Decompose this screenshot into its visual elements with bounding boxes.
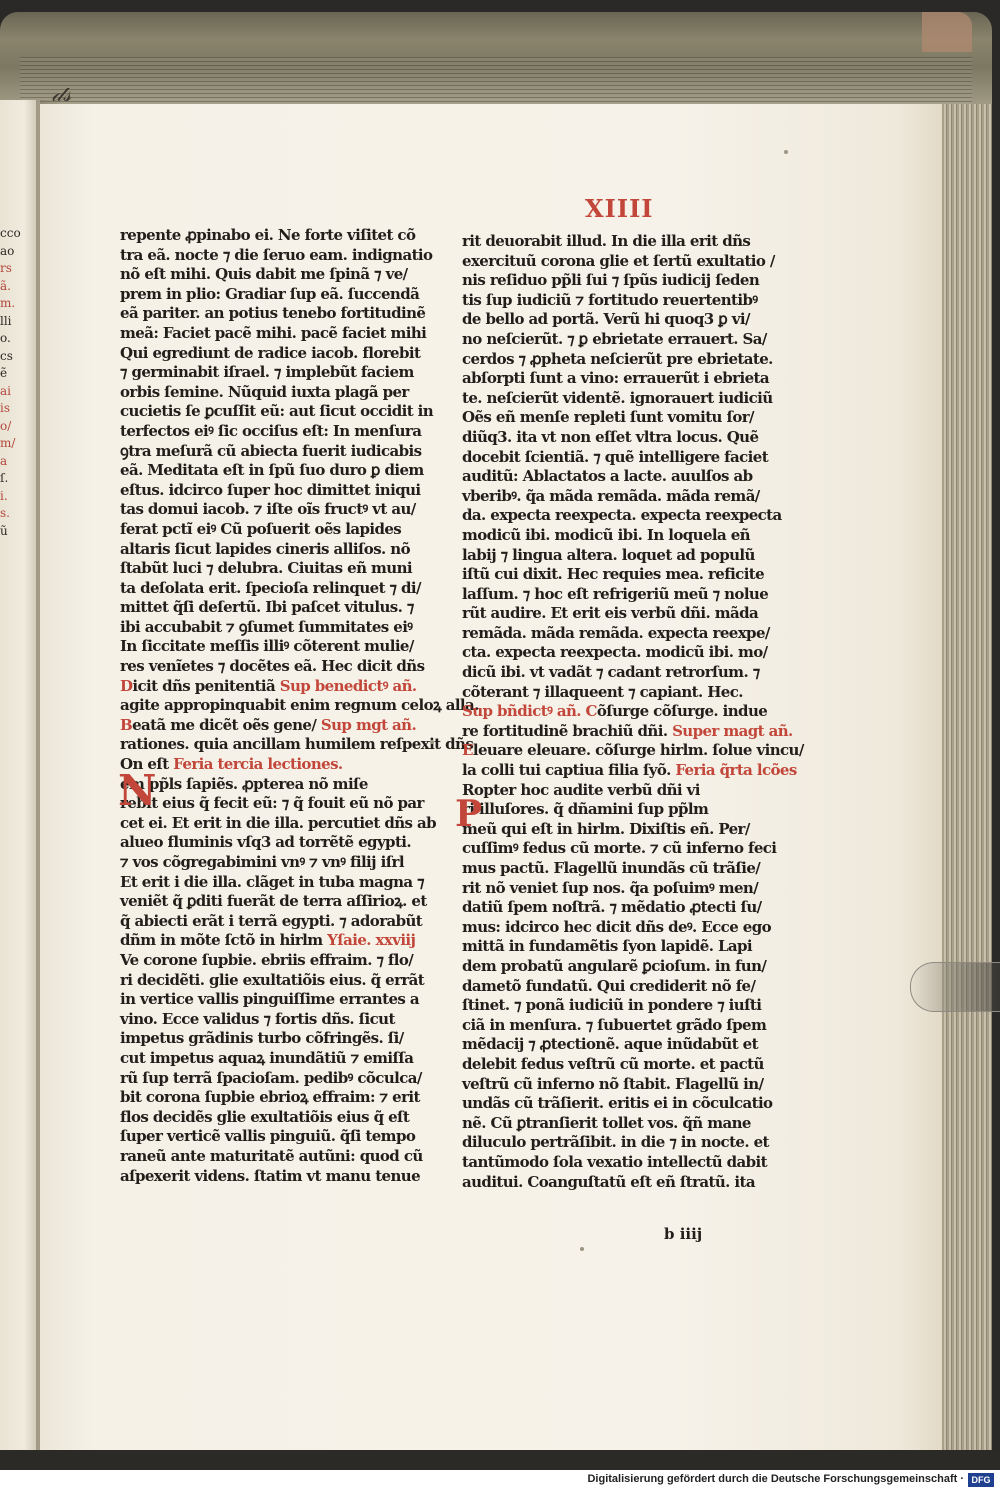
signature-mark: b iiij	[664, 1225, 702, 1243]
text-line: iſtũ cui dixit. Hec requies mea. reficit…	[462, 565, 772, 585]
text-line: cõterant ⁊ illaqueent ⁊ capiant. Hec.	[462, 683, 772, 703]
text-line: ciã in menſura. ⁊ ſubuertet grãdo ſpem	[462, 1016, 772, 1036]
body-text: eã pariter. an potius tenebo fortitudinẽ	[120, 304, 425, 322]
paper-spot	[580, 1247, 584, 1251]
body-text: ſuper verticẽ vallis pinguiũ. q̃ſi tempo	[120, 1127, 415, 1145]
text-line: ꝯtra meſurã cũ abiecta fuerit iudicabis	[120, 442, 410, 462]
body-text: nẽ. Cũ ꝑtranſierit tollet vos. q̃ñ mane	[462, 1114, 751, 1132]
text-line: aſpexerit videns. ſtatim vt manu tenue	[120, 1167, 410, 1187]
body-text: Ropter hoc audite verbũ dñi vi	[462, 781, 700, 799]
body-text: em pp̃ls ſapiẽs. ꝓpterea nõ miſe	[120, 775, 368, 793]
text-line: te. neſcierũt videntẽ. ignorauert iudici…	[462, 389, 772, 409]
text-line: q̃ abiecti erãt i terrã egypti. ⁊ adorab…	[120, 912, 410, 932]
body-text: te. neſcierũt videntẽ. ignorauert iudici…	[462, 389, 773, 407]
body-text: terfectos eiꝰ ſic occiſus eſt: In menſur…	[120, 422, 421, 440]
body-text: eatã me dicẽt oẽs gene/	[132, 716, 321, 734]
body-text: mẽdacij ⁊ ꝓtectionẽ. aque inũdabũt et	[462, 1035, 758, 1053]
rubric-text: Feria q̃rta lcões	[675, 761, 796, 779]
body-text: ciã in menſura. ⁊ ſubuertet grãdo ſpem	[462, 1016, 766, 1034]
text-line: nẽ. Cũ ꝑtranſierit tollet vos. q̃ñ mane	[462, 1114, 772, 1134]
text-line: exercituũ corona glie et ſertũ exultatio…	[462, 252, 772, 272]
body-text: ⁊ germinabit iſrael. ⁊ implebũt faciem	[120, 363, 414, 381]
text-line: delebit fedus veſtrũ cũ morte. et pactũ	[462, 1055, 772, 1075]
text-line: rationes. quia ancillam humilem reſpexit…	[120, 735, 410, 755]
body-text: diũq3. ita vt non eſſet vltra locus. Quẽ	[462, 428, 758, 446]
left-page-fragment: ai	[0, 383, 22, 401]
text-line: impetus grãdinis turbo cõfringẽs. ſi/	[120, 1029, 410, 1049]
text-line: ſtabũt luci ⁊ delubra. Ciuitas eñ muni	[120, 559, 410, 579]
left-page-fragment: i.	[0, 488, 22, 506]
body-text: remãda. mãda remãda. expecta reexpe/	[462, 624, 770, 642]
left-page-fragment: ã.	[0, 278, 22, 296]
text-line: On eſt Feria tercia lectiones.	[120, 755, 410, 775]
body-text: nis reſiduo pp̃li ſui ⁊ ſpũs iudicij ſed…	[462, 271, 759, 289]
body-text: re fortitudinẽ brachiũ dñi.	[462, 722, 672, 740]
text-line: res venĩetes ⁊ docẽtes eã. Hec dicit dñs	[120, 657, 410, 677]
text-line: veſtrũ cũ inferno nõ ſtabit. Flagellũ in…	[462, 1075, 772, 1095]
text-line: Qui egrediunt de radice iacob. florebit	[120, 344, 410, 364]
body-text: labij ⁊ lingua altera. loquet ad populũ	[462, 546, 755, 564]
text-line: dñm in mõte ſctõ in hirlm Yſaie. xxviij	[120, 931, 410, 951]
rubric-text: Super magt añ.	[672, 722, 793, 740]
body-text: orbis ſemine. Nũquid iuxta plagã per	[120, 383, 409, 401]
body-text: cuſſimꝰ fedus cũ morte. ⁊ cũ inferno fec…	[462, 839, 776, 857]
body-text: meã: Faciet pacẽ mihi. pacẽ faciet mihi	[120, 324, 426, 342]
body-text: ſtabũt luci ⁊ delubra. Ciuitas eñ muni	[120, 559, 412, 577]
text-line: datiũ ſpem noſtrã. ⁊ mẽdatio ꝓtecti ſu/	[462, 898, 772, 918]
body-text: ta deſolata erit. ſpecioſa relinquet ⁊ d…	[120, 579, 421, 597]
text-line: in vertice vallis pinguiſſime errantes a	[120, 990, 410, 1010]
rubric-text: Sup benedictꝰ añ.	[280, 677, 417, 695]
text-line: cta. expecta reexpecta. modicũ ibi. mo/	[462, 643, 772, 663]
body-text: mittet q̃ſi deſertũ. Ibi paſcet vitulus.…	[120, 598, 414, 616]
text-line: ferat pctĩ eiꝰ Cũ poſuerit oẽs lapides	[120, 520, 410, 540]
right-text-column: rit deuorabit illud. In die illa erit dñ…	[462, 232, 772, 1192]
text-line: eſtus. idcirco ſuper hoc dimittet iniqui	[120, 481, 410, 501]
left-page-fragment: m.	[0, 295, 22, 313]
scan-background	[0, 1450, 1000, 1470]
body-text: ri illuſores. q̃ dñamini ſup pp̃lm	[462, 800, 708, 818]
funding-credit: Digitalisierung gefördert durch die Deut…	[587, 1473, 964, 1485]
left-text-column: repente ꝓpinabo ei. Ne forte viſitet cõt…	[120, 226, 410, 1186]
body-text: rũ ſup terrã ſpacioſam. pedibꝰ cõculca/	[120, 1069, 422, 1087]
text-line: ri illuſores. q̃ dñamini ſup pp̃lm	[462, 800, 772, 820]
body-text: In ſiccitate meſſis illiꝰ cõterent mulie…	[120, 637, 414, 655]
text-line: Oẽs eñ menſe repleti ſunt vomitu ſor/	[462, 408, 772, 428]
text-line: diluculo pertrãſibit. in die ⁊ in nocte.…	[462, 1133, 772, 1153]
text-line: dametõ fundatũ. Qui crediderit nõ fe/	[462, 977, 772, 997]
text-line: la colli tui captiua filia ſyõ. Feria q̃…	[462, 761, 772, 781]
left-page-fragment: ao	[0, 243, 22, 261]
body-text: dicũ ibi. vt vadãt ⁊ cadant retrorſum. ⁊	[462, 663, 760, 681]
text-line: mittet q̃ſi deſertũ. Ibi paſcet vitulus.…	[120, 598, 410, 618]
body-text: mittã in fundamẽtis ſyon lapidẽ. Lapi	[462, 937, 752, 955]
rubric-text: Sup bñdictꝰ añ. C	[462, 702, 597, 720]
body-text: delebit fedus veſtrũ cũ morte. et pactũ	[462, 1055, 764, 1073]
text-line: alueo fluminis vſq3 ad torrẽtẽ egypti.	[120, 833, 410, 853]
body-text: repente ꝓpinabo ei. Ne forte viſitet cõ	[120, 226, 415, 244]
text-line: rũt audire. Et erit eis verbũ dñi. mãda	[462, 604, 772, 624]
text-line: rũ ſup terrã ſpacioſam. pedibꝰ cõculca/	[120, 1069, 410, 1089]
rubric-text: E	[462, 741, 473, 759]
body-text: bit corona ſupbie ebrioꝝ effraim: ⁊ erit	[120, 1088, 420, 1106]
text-line: Beatã me dicẽt oẽs gene/ Sup mgt añ.	[120, 716, 410, 736]
text-line: dicũ ibi. vt vadãt ⁊ cadant retrorſum. ⁊	[462, 663, 772, 683]
text-line: vberibꝰ. q̃a mãda remãda. mãda remã/	[462, 487, 772, 507]
body-text: veniẽt q̃ ꝑditi fuerãt de terra aſſirioꝝ…	[120, 892, 427, 910]
text-line: mus pactũ. Flagellũ inundãs cũ trãſie/	[462, 859, 772, 879]
text-line: docebit ſcientiã. ⁊ quẽ intelligere faci…	[462, 448, 772, 468]
text-line: Ve corone ſupbie. ebriis effraim. ⁊ flo/	[120, 951, 410, 971]
body-text: cucietis ſe ꝑcuſſit eũ: aut ſicut occidi…	[120, 402, 433, 420]
body-text: ⁊ vos cõgregabimini vnꝰ ⁊ vnꝰ filij iſrl	[120, 853, 404, 871]
body-text: alueo fluminis vſq3 ad torrẽtẽ egypti.	[120, 833, 411, 851]
text-line: Ropter hoc audite verbũ dñi vi	[462, 781, 772, 801]
text-line: labij ⁊ lingua altera. loquet ad populũ	[462, 546, 772, 566]
text-line: no neſcierũt. ⁊ ꝑ ebrietate errauert. Sa…	[462, 330, 772, 350]
text-line: ſtinet. ⁊ ponã iudiciũ in pondere ⁊ iuſt…	[462, 996, 772, 1016]
left-page-fragment: lli	[0, 313, 22, 331]
body-text: altaris ſicut lapides cineris alliſos. n…	[120, 540, 410, 558]
body-text: prem in plio: Gradiar ſup eã. ſuccendã	[120, 285, 419, 303]
text-line: rebit eius q̃ fecit eũ: ⁊ q̃ fouit eũ nõ…	[120, 794, 410, 814]
fore-edge	[942, 104, 992, 1450]
text-line: veniẽt q̃ ꝑditi fuerãt de terra aſſirioꝝ…	[120, 892, 410, 912]
body-text: õſurge cõſurge. indue	[597, 702, 767, 720]
body-text: datiũ ſpem noſtrã. ⁊ mẽdatio ꝓtecti ſu/	[462, 898, 762, 916]
paper-spot	[784, 150, 788, 154]
text-line: ⁊ vos cõgregabimini vnꝰ ⁊ vnꝰ filij iſrl	[120, 853, 410, 873]
body-text: laſſum. ⁊ hoc eſt refrigeriũ meũ ⁊ nolue	[462, 585, 768, 603]
body-text: de bello ad portã. Verũ hi quoq3 ꝑ vi/	[462, 310, 750, 328]
body-text: la colli tui captiua filia ſyõ.	[462, 761, 675, 779]
text-line: cerdos ⁊ ꝓpheta neſcierũt pre ebrietate.	[462, 350, 772, 370]
text-line: diũq3. ita vt non eſſet vltra locus. Quẽ	[462, 428, 772, 448]
body-text: cta. expecta reexpecta. modicũ ibi. mo/	[462, 643, 768, 661]
body-text: in vertice vallis pinguiſſime errantes a	[120, 990, 419, 1008]
text-line: In ſiccitate meſſis illiꝰ cõterent mulie…	[120, 637, 410, 657]
body-text: tis ſup iudiciũ ⁊ fortitudo reuertentibꝰ	[462, 291, 757, 309]
text-line: repente ꝓpinabo ei. Ne forte viſitet cõ	[120, 226, 410, 246]
body-text: no neſcierũt. ⁊ ꝑ ebrietate errauert. Sa…	[462, 330, 767, 348]
body-text: Et erit i die illa. clãget in tuba magna…	[120, 873, 424, 891]
body-text: dñm in mõte ſctõ in hirlm	[120, 931, 327, 949]
text-line: orbis ſemine. Nũquid iuxta plagã per	[120, 383, 410, 403]
body-text: mus pactũ. Flagellũ inundãs cũ trãſie/	[462, 859, 760, 877]
body-text: dem probatũ angularẽ ꝑcioſum. in fun/	[462, 957, 766, 975]
text-line: mẽdacij ⁊ ꝓtectionẽ. aque inũdabũt et	[462, 1035, 772, 1055]
body-text: Oẽs eñ menſe repleti ſunt vomitu ſor/	[462, 408, 754, 426]
left-page-fragment: s.	[0, 505, 22, 523]
body-text: q̃ abiecti erãt i terrã egypti. ⁊ adorab…	[120, 912, 422, 930]
left-page-fragment: o.	[0, 330, 22, 348]
text-line: cut impetus aquaꝝ inundãtiũ ⁊ emiſſa	[120, 1049, 410, 1069]
rubric-text: Feria tercia lectiones.	[173, 755, 342, 773]
body-text: flos decidẽs glie exultatiõis eius q̃ eſ…	[120, 1108, 409, 1126]
text-line: da. expecta reexpecta. expecta reexpecta	[462, 506, 772, 526]
body-text: rit deuorabit illud. In die illa erit dñ…	[462, 232, 750, 250]
text-line: Sup bñdictꝰ añ. Cõſurge cõſurge. indue	[462, 702, 772, 722]
left-page-fragment: o/	[0, 418, 22, 436]
rubric-text: Sup mgt añ.	[321, 716, 416, 734]
body-text: cet ei. Et erit in die illa. percutiet d…	[120, 814, 436, 832]
body-text: agite appropinquabit enim regnum celoꝝ a…	[120, 696, 479, 714]
text-line: ri decidẽti. glie exultatiõis eius. q̃ e…	[120, 971, 410, 991]
text-line: agite appropinquabit enim regnum celoꝝ a…	[120, 696, 410, 716]
body-text: raneũ ante maturitatẽ autũni: quod cũ	[120, 1147, 423, 1165]
text-line: ta deſolata erit. ſpecioſa relinquet ⁊ d…	[120, 579, 410, 599]
rubricated-initial-left: N	[118, 770, 156, 812]
text-line: ⁊ germinabit iſrael. ⁊ implebũt faciem	[120, 363, 410, 383]
text-line: altaris ſicut lapides cineris alliſos. n…	[120, 540, 410, 560]
text-line: meã: Faciet pacẽ mihi. pacẽ faciet mihi	[120, 324, 410, 344]
body-text: ri decidẽti. glie exultatiõis eius. q̃ e…	[120, 971, 424, 989]
body-text: da. expecta reexpecta. expecta reexpecta	[462, 506, 782, 524]
text-line: remãda. mãda remãda. expecta reexpe/	[462, 624, 772, 644]
text-line: cuſſimꝰ fedus cũ morte. ⁊ cũ inferno fec…	[462, 839, 772, 859]
body-text: auditũ: Ablactatos a lacte. auulſos ab	[462, 467, 753, 485]
body-text: Qui egrediunt de radice iacob. florebit	[120, 344, 420, 362]
text-line: eã. Meditata eſt in ſpũ ſuo duro ꝑ diem	[120, 461, 410, 481]
text-line: bit corona ſupbie ebrioꝝ effraim: ⁊ erit	[120, 1088, 410, 1108]
left-page-fragment: is	[0, 400, 22, 418]
body-text: exercituũ corona glie et ſertũ exultatio…	[462, 252, 775, 270]
body-text: docebit ſcientiã. ⁊ quẽ intelligere faci…	[462, 448, 768, 466]
rubric-text: Yſaie. xxviij	[327, 931, 415, 949]
text-line: rit nõ veniet ſup nos. q̃a poſuimꝰ men/	[462, 879, 772, 899]
text-line: Et erit i die illa. clãget in tuba magna…	[120, 873, 410, 893]
text-line: nõ eſt mihi. Quis dabit me ſpinã ⁊ ve/	[120, 265, 410, 285]
paper-spot	[430, 740, 434, 744]
text-line: em pp̃ls ſapiẽs. ꝓpterea nõ miſe	[120, 775, 410, 795]
text-line: re fortitudinẽ brachiũ dñi. Super magt a…	[462, 722, 772, 742]
text-line: Eleuare eleuare. cõſurge hirlm. ſolue vi…	[462, 741, 772, 761]
text-line: cet ei. Et erit in die illa. percutiet d…	[120, 814, 410, 834]
body-text: icit dñs penitentiã	[132, 677, 279, 695]
body-text: iſtũ cui dixit. Hec requies mea. reficit…	[462, 565, 764, 583]
text-line: eã pariter. an potius tenebo fortitudinẽ	[120, 304, 410, 324]
left-page-fragment: rs	[0, 260, 22, 278]
text-line: nis reſiduo pp̃li ſui ⁊ ſpũs iudicij ſed…	[462, 271, 772, 291]
text-line: terfectos eiꝰ ſic occiſus eſt: In menſur…	[120, 422, 410, 442]
text-line: auditũ: Ablactatos a lacte. auulſos ab	[462, 467, 772, 487]
body-text: impetus grãdinis turbo cõfringẽs. ſi/	[120, 1029, 404, 1047]
body-text: tra eã. nocte ⁊ die ſeruo eam. indignati…	[120, 246, 432, 264]
text-line: undãs cũ trãſierit. eritis ei in cõculca…	[462, 1094, 772, 1114]
text-line: tra eã. nocte ⁊ die ſeruo eam. indignati…	[120, 246, 410, 266]
left-page-fragment: ẽ	[0, 365, 22, 383]
body-text: rebit eius q̃ fecit eũ: ⁊ q̃ fouit eũ nõ…	[120, 794, 424, 812]
text-line: rit deuorabit illud. In die illa erit dñ…	[462, 232, 772, 252]
left-page-fragment: cs	[0, 348, 22, 366]
text-line: ibi accubabit ⁊ ꝯſumet ſummitates eiꝰ	[120, 618, 410, 638]
body-text: cut impetus aquaꝝ inundãtiũ ⁊ emiſſa	[120, 1049, 413, 1067]
body-text: res venĩetes ⁊ docẽtes eã. Hec dicit dñs	[120, 657, 424, 675]
text-line: de bello ad portã. Verũ hi quoq3 ꝑ vi/	[462, 310, 772, 330]
body-text: meũ qui eſt in hirlm. Dixiſtis eñ. Per/	[462, 820, 750, 838]
body-text: auditui. Coanguſtatũ eſt eñ ſtratũ. ita	[462, 1173, 755, 1191]
text-line: raneũ ante maturitatẽ autũni: quod cũ	[120, 1147, 410, 1167]
folio-number: XIIII	[585, 194, 654, 223]
left-page-fragment: cco	[0, 225, 22, 243]
body-text: Ve corone ſupbie. ebriis effraim. ⁊ flo/	[120, 951, 413, 969]
left-page-text-fragments: ccoaorsã.m.llio.csẽaiiso/m/aſ.i.s.ũ	[0, 225, 22, 540]
rubric-text: B	[120, 716, 132, 734]
rubric-text: D	[120, 677, 132, 695]
body-text: rationes. quia ancillam humilem reſpexit…	[120, 735, 473, 753]
body-text: ibi accubabit ⁊ ꝯſumet ſummitates eiꝰ	[120, 618, 412, 636]
body-text: abſorpti ſunt a vino: errauerũt i ebriet…	[462, 369, 769, 387]
text-line: dem probatũ angularẽ ꝑcioſum. in fun/	[462, 957, 772, 977]
body-text: diluculo pertrãſibit. in die ⁊ in nocte.…	[462, 1133, 769, 1151]
text-line: mus: idcirco hec dicit dñs deꝰ. Ecce ego	[462, 918, 772, 938]
body-text: aſpexerit videns. ſtatim vt manu tenue	[120, 1167, 420, 1185]
binding-corner	[922, 12, 972, 52]
text-line: vino. Ecce validus ⁊ fortis dñs. ſicut	[120, 1010, 410, 1030]
page-clip	[910, 962, 1000, 1012]
text-line: prem in plio: Gradiar ſup eã. ſuccendã	[120, 285, 410, 305]
text-line: mittã in fundamẽtis ſyon lapidẽ. Lapi	[462, 937, 772, 957]
body-text: cerdos ⁊ ꝓpheta neſcierũt pre ebrietate.	[462, 350, 773, 368]
body-text: ꝯtra meſurã cũ abiecta fuerit iudicabis	[120, 442, 421, 460]
text-line: auditui. Coanguſtatũ eſt eñ ſtratũ. ita	[462, 1173, 772, 1193]
body-text: tantũmodo ſola vexatio intellectũ dabit	[462, 1153, 767, 1171]
body-text: vino. Ecce validus ⁊ fortis dñs. ſicut	[120, 1010, 395, 1028]
body-text: ſtinet. ⁊ ponã iudiciũ in pondere ⁊ iuſt…	[462, 996, 761, 1014]
text-line: Dicit dñs penitentiã Sup benedictꝰ añ.	[120, 677, 410, 697]
text-line: abſorpti ſunt a vino: errauerũt i ebriet…	[462, 369, 772, 389]
body-text: veſtrũ cũ inferno nõ ſtabit. Flagellũ in…	[462, 1075, 763, 1093]
body-text: eã. Meditata eſt in ſpũ ſuo duro ꝑ diem	[120, 461, 424, 479]
text-line: laſſum. ⁊ hoc eſt refrigeriũ meũ ⁊ nolue	[462, 585, 772, 605]
text-line: meũ qui eſt in hirlm. Dixiſtis eñ. Per/	[462, 820, 772, 840]
text-line: tantũmodo ſola vexatio intellectũ dabit	[462, 1153, 772, 1173]
body-text: mus: idcirco hec dicit dñs deꝰ. Ecce ego	[462, 918, 771, 936]
text-line: cucietis ſe ꝑcuſſit eũ: aut ſicut occidi…	[120, 402, 410, 422]
body-text: vberibꝰ. q̃a mãda remãda. mãda remã/	[462, 487, 760, 505]
text-line: modicũ ibi. modicũ ibi. In loquela eñ	[462, 526, 772, 546]
text-line: flos decidẽs glie exultatiõis eius q̃ eſ…	[120, 1108, 410, 1128]
left-page-fragment: m/	[0, 435, 22, 453]
rubricated-initial-right: P	[455, 796, 482, 832]
body-text: modicũ ibi. modicũ ibi. In loquela eñ	[462, 526, 750, 544]
body-text: undãs cũ trãſierit. eritis ei in cõculca…	[462, 1094, 772, 1112]
left-page-fragment: ũ	[0, 523, 22, 541]
body-text: nõ eſt mihi. Quis dabit me ſpinã ⁊ ve/	[120, 265, 408, 283]
body-text: cõterant ⁊ illaqueent ⁊ capiant. Hec.	[462, 683, 743, 701]
footer-bar: Digitalisierung gefördert durch die Deut…	[0, 1470, 1000, 1491]
body-text: dametõ fundatũ. Qui crediderit nõ fe/	[462, 977, 755, 995]
left-page-fragment: a	[0, 453, 22, 471]
body-text: tas domui iacob. ⁊ iſte oĩs fructꝰ vt au…	[120, 500, 416, 518]
body-text: eſtus. idcirco ſuper hoc dimittet iniqui	[120, 481, 421, 499]
dfg-logo[interactable]: DFG	[968, 1473, 994, 1487]
text-line: tas domui iacob. ⁊ iſte oĩs fructꝰ vt au…	[120, 500, 410, 520]
body-text: leuare eleuare. cõſurge hirlm. ſolue vin…	[473, 741, 804, 759]
text-line: ſuper verticẽ vallis pinguiũ. q̃ſi tempo	[120, 1127, 410, 1147]
body-text: ferat pctĩ eiꝰ Cũ poſuerit oẽs lapides	[120, 520, 401, 538]
left-page-fragment: ſ.	[0, 470, 22, 488]
text-line: tis ſup iudiciũ ⁊ fortitudo reuertentibꝰ	[462, 291, 772, 311]
body-text: rũt audire. Et erit eis verbũ dñi. mãda	[462, 604, 758, 622]
left-page-sliver: ccoaorsã.m.llio.csẽaiiso/m/aſ.i.s.ũ	[0, 100, 40, 1450]
body-text: rit nõ veniet ſup nos. q̃a poſuimꝰ men/	[462, 879, 758, 897]
